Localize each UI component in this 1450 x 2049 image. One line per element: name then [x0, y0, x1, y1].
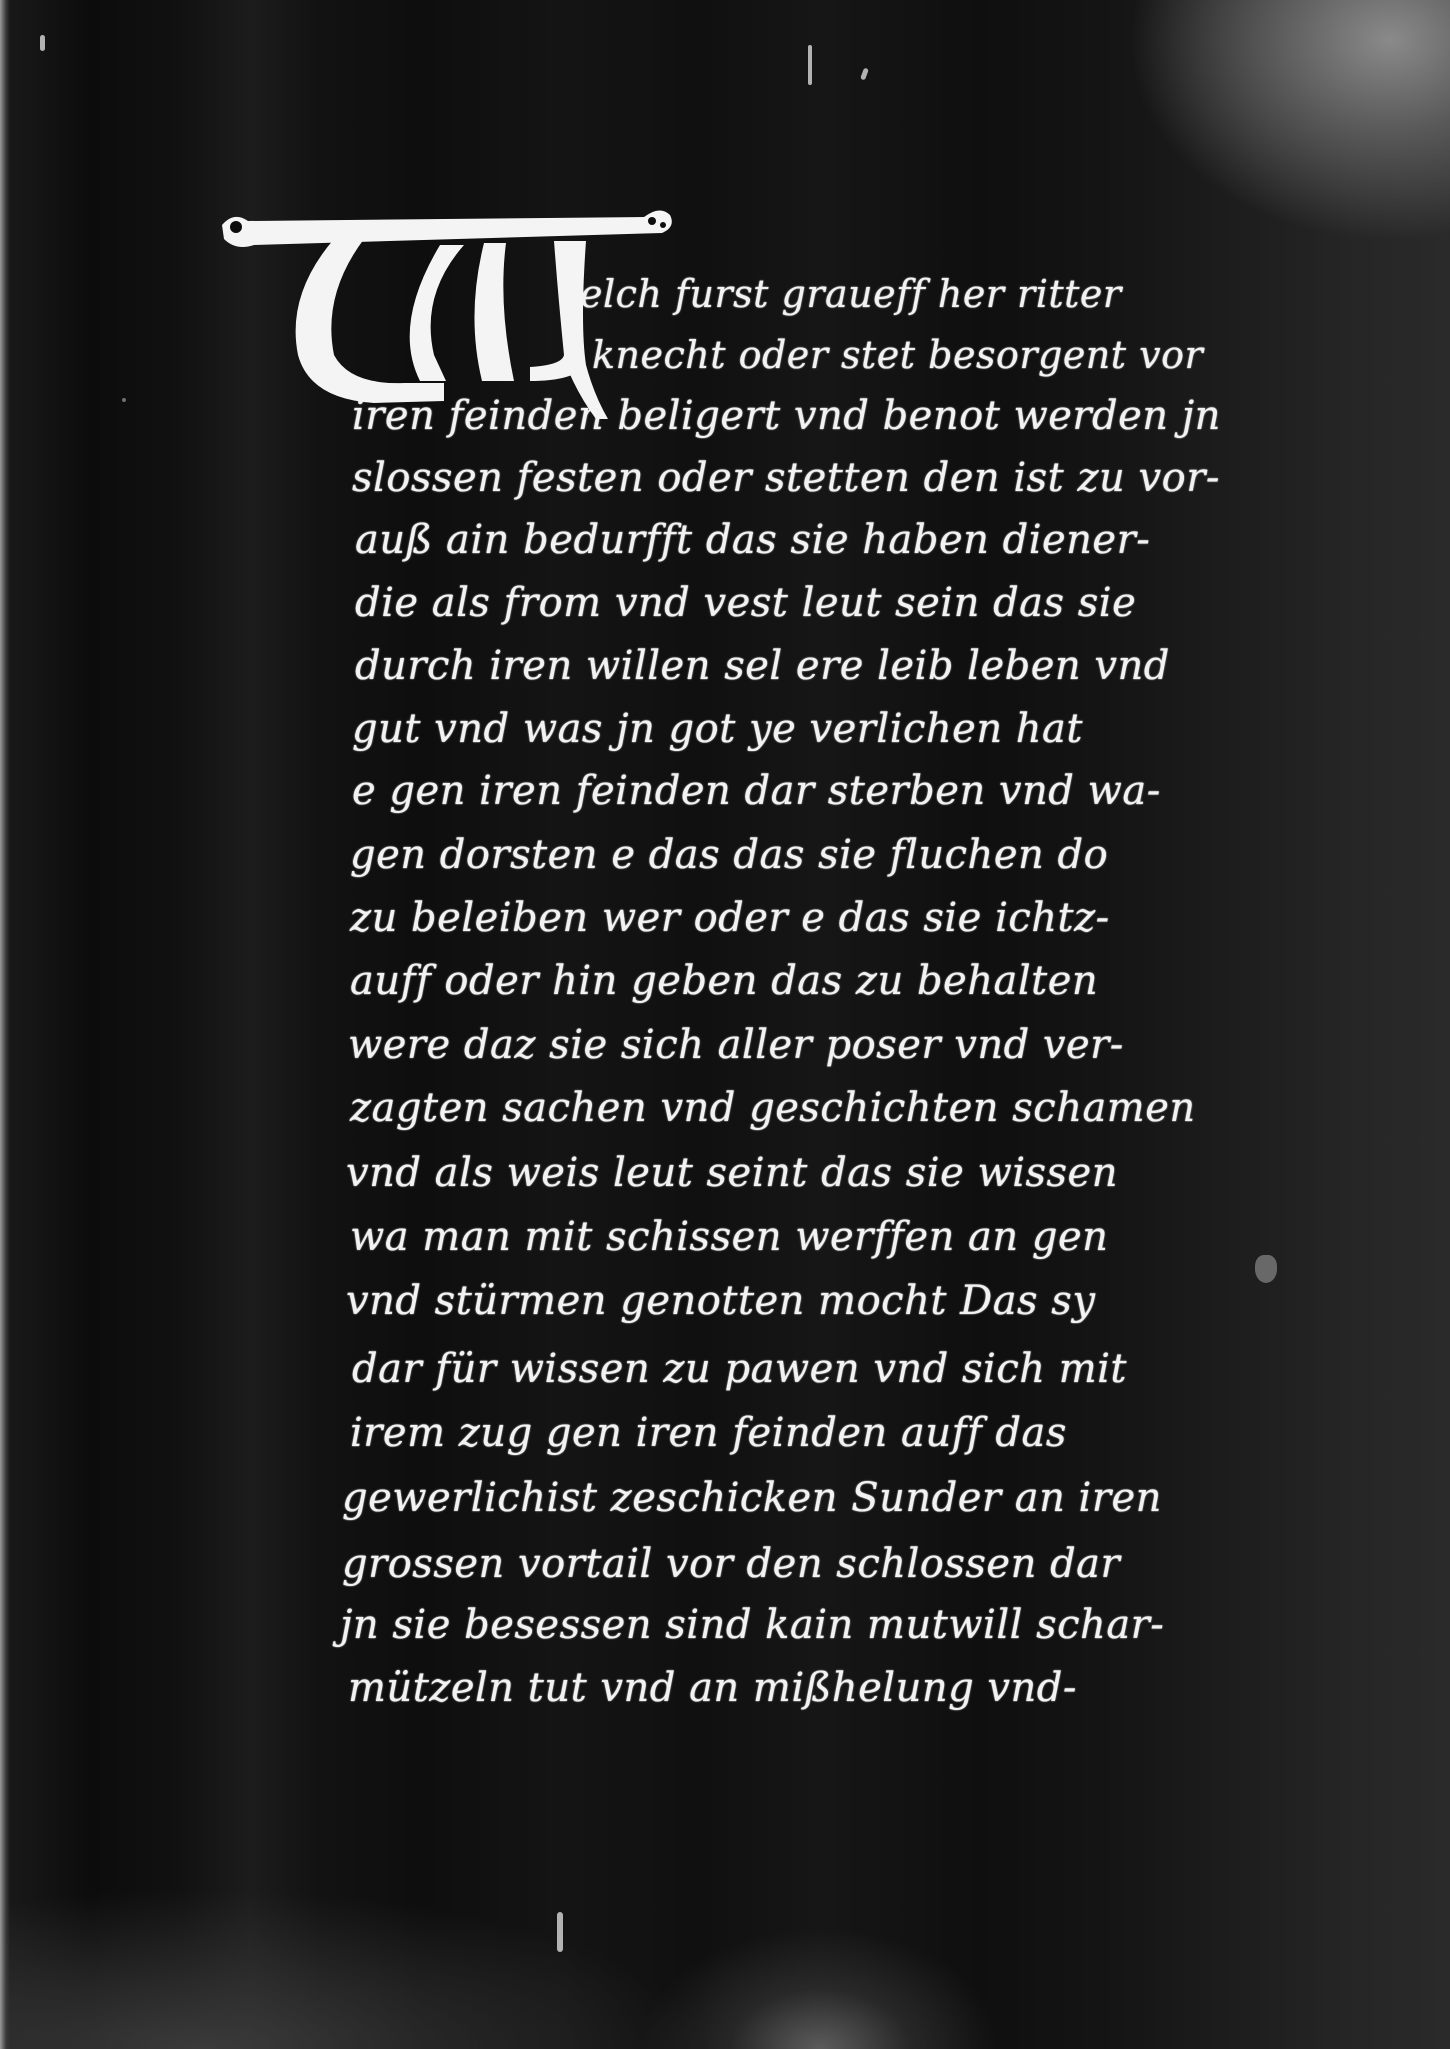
text-line-20: gewerlichist zeschicken Sunder an iren: [342, 1475, 1162, 1521]
text-line-16: wa man mit schissen werffen an gen: [350, 1214, 1108, 1260]
text-line-9: e gen iren feinden dar sterben vnd wa-: [352, 768, 1161, 814]
text-line-23: mützeln tut vnd an mißhelung vnd-: [348, 1665, 1077, 1711]
text-line-1: elch furst graueff her ritter: [580, 272, 1122, 316]
text-line-15: vnd als weis leut seint das sie wissen: [346, 1150, 1118, 1196]
text-line-6: die als from vnd vest leut sein das sie: [355, 580, 1136, 626]
manuscript-page: elch furst graueff her ritter knecht ode…: [0, 0, 1450, 2049]
text-line-7: durch iren willen sel ere leib leben vnd: [355, 643, 1170, 689]
text-line-5: auß ain bedurfft das sie haben diener-: [355, 517, 1150, 563]
text-line-4: slossen festen oder stetten den ist zu v…: [352, 455, 1220, 501]
text-line-12: auff oder hin geben das zu behalten: [350, 958, 1098, 1004]
text-line-10: gen dorsten e das das sie fluchen do: [350, 832, 1108, 878]
text-line-22: jn sie besessen sind kain mutwill schar-: [340, 1602, 1164, 1648]
text-line-3: iren feinden beligert vnd benot werden j…: [352, 393, 1221, 439]
text-line-14: zagten sachen vnd geschichten schamen: [350, 1085, 1196, 1131]
text-line-11: zu beleiben wer oder e das sie ichtz-: [350, 895, 1110, 941]
text-line-2: knecht oder stet besorgent vor: [592, 333, 1203, 377]
text-line-17: vnd stürmen genotten mocht Das sy: [346, 1278, 1095, 1324]
text-line-19: irem zug gen iren feinden auff das: [350, 1410, 1067, 1456]
text-line-13: were daz sie sich aller poser vnd ver-: [348, 1022, 1124, 1068]
manuscript-text: elch furst graueff her ritter knecht ode…: [0, 0, 1450, 2049]
text-line-8: gut vnd was jn got ye verlichen hat: [352, 706, 1083, 752]
text-line-18: dar für wissen zu pawen vnd sich mit: [352, 1346, 1127, 1392]
text-line-21: grossen vortail vor den schlossen dar: [342, 1541, 1120, 1587]
